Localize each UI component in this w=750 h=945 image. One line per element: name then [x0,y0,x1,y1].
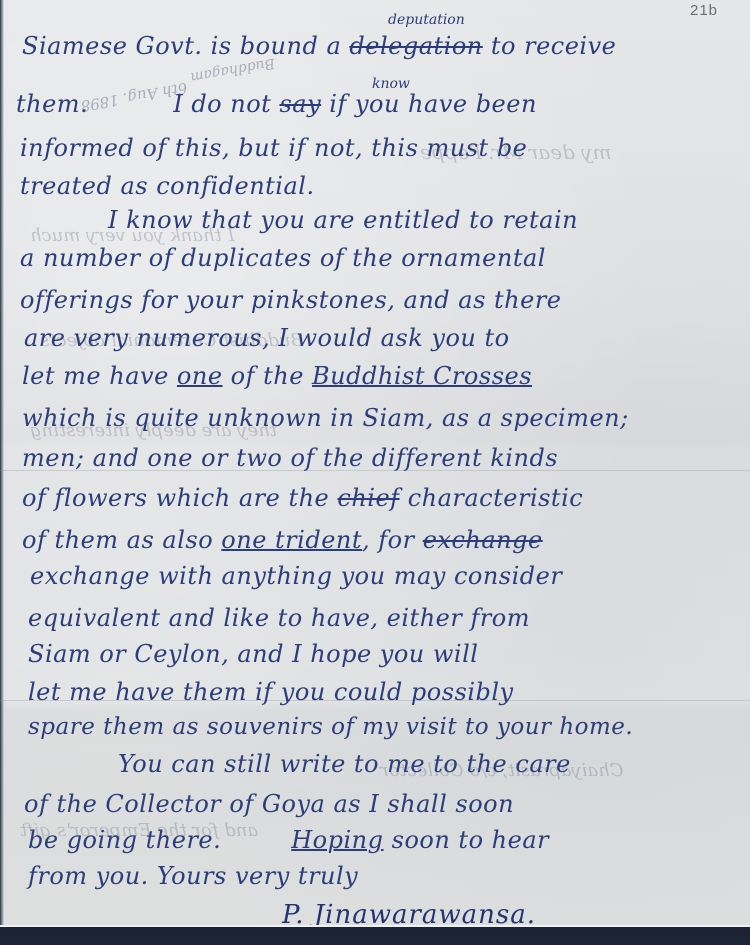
letter-line-9: let me have one of the Buddhist Crosses [22,362,532,390]
letter-line-4: treated as confidential. [20,172,315,200]
letter-page: 21b my dear Mr. Peppe I thank you very m… [0,0,750,935]
letter-line-18: spare them as souvenirs of my visit to y… [28,714,633,740]
struck-word: exchange [423,526,543,554]
letter-line-11: men; and one or two of the different kin… [22,444,558,472]
letter-line-12: of flowers which are the chief character… [22,484,583,512]
underlined-word: one trident [221,526,362,554]
letter-line-14: exchange with anything you may consider [30,562,562,590]
letter-line-20: of the Collector of Goya as I shall soon [24,790,514,818]
letter-line-10: which is quite unknown in Siam, as a spe… [22,404,629,432]
letter-line-17: let me have them if you could possibly [28,678,514,706]
struck-word: chief [337,484,399,512]
scan-left-edge [0,0,4,935]
letter-line-13: of them as also one trident, for exchang… [22,526,543,554]
letter-line-15: equivalent and like to have, either from [28,604,530,632]
letter-line-1: Siamese Govt. is bound a delegation to r… [22,32,616,60]
insertion-deputation: deputation [388,12,465,28]
underlined-word: Buddhist Crosses [312,362,532,390]
letter-line-21: be going there.Hoping soon to hear [28,826,549,854]
letter-line-5: I know that you are entitled to retain [108,206,578,234]
letter-line-19: You can still write to me to the care [118,750,571,778]
letter-line-22: from you. Yours very truly [28,862,358,890]
struck-word: say [279,90,321,118]
folio-number: 21b [690,2,718,19]
letter-line-8: are very numerous, I would ask you to [24,324,510,352]
letter-line-16: Siam or Ceylon, and I hope you will [28,640,478,668]
scan-bottom-edge [0,925,750,935]
underlined-word: one [177,362,223,390]
letter-line-6: a number of duplicates of the ornamental [20,244,546,272]
letter-line-2: them.I do not say if you have been [16,90,537,118]
struck-word: delegation [349,32,482,60]
letter-line-3: informed of this, but if not, this must … [20,134,527,162]
underlined-word: Hoping [291,826,383,854]
letter-line-7: offerings for your pinkstones, and as th… [20,286,562,314]
